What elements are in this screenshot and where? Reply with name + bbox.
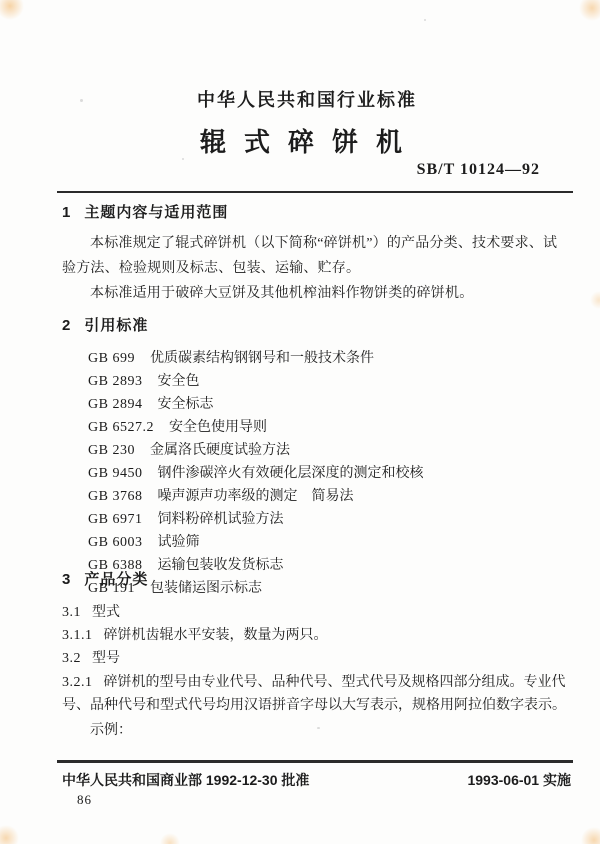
- reference-title: 安全标志: [157, 397, 213, 412]
- reference-title: 噪声源声功率级的测定 简易法: [157, 489, 353, 504]
- scan-speck: [424, 19, 426, 21]
- reference-title: 优质碳素结构钢钢号和一般技术条件: [150, 351, 374, 366]
- section1-paragraphs: 本标准规定了辊式碎饼机（以下简称“碎饼机”）的产品分类、技术要求、试验方法、检验…: [57, 231, 573, 306]
- reference-item: GB 6003试验筛: [88, 531, 573, 554]
- reference-item: GB 230金属洛氏硬度试验方法: [88, 439, 573, 462]
- section-references: 2引用标准 GB 699优质碳素结构钢钢号和一般技术条件 GB 2893安全色 …: [57, 314, 573, 600]
- reference-code: GB 2893: [88, 370, 142, 393]
- clause-number: 3.2.1: [62, 671, 93, 694]
- reference-item: GB 2894安全标志: [88, 393, 573, 416]
- section3-heading: 3产品分类: [62, 568, 573, 589]
- clause-item: 3.2型号: [62, 648, 573, 670]
- clause-item: 3.1.1碎饼机齿辊水平安装，数量为两只。: [62, 625, 573, 647]
- reference-code: GB 699: [88, 347, 135, 370]
- reference-title: 试验筛: [157, 535, 199, 550]
- reference-title: 钢件渗碳淬火有效硬化层深度的测定和校核: [157, 466, 423, 481]
- reference-item: GB 699优质碳素结构钢钢号和一般技术条件: [88, 347, 573, 370]
- clause-item: 3.1型式: [62, 602, 573, 624]
- reference-code: GB 6003: [88, 531, 142, 554]
- implementation-text: 1993-06-01 实施: [467, 770, 571, 790]
- section2-number: 2: [62, 317, 71, 334]
- reference-title: 饲料粉碎机试验方法: [157, 512, 283, 527]
- footer-rule: [57, 760, 573, 763]
- section3-number: 3: [62, 571, 71, 588]
- section1-heading: 1主题内容与适用范围: [62, 201, 573, 222]
- section-classification: 3产品分类 3.1型式 3.1.1碎饼机齿辊水平安装，数量为两只。 3.2型号 …: [57, 568, 573, 742]
- section-scope: 1主题内容与适用范围 本标准规定了辊式碎饼机（以下简称“碎饼机”）的产品分类、技…: [57, 201, 573, 306]
- scanned-standard-page: 中华人民共和国行业标准 辊式碎饼机 SB/T 10124—92 1主题内容与适用…: [0, 0, 600, 844]
- standard-number: SB/T 10124—92: [57, 161, 573, 179]
- clause-item: 3.2.1碎饼机的型号由专业代号、品种代号、型式代号及规格四部分组成。专业代号、…: [62, 671, 570, 717]
- footer: 中华人民共和国商业部 1992-12-30 批准 1993-06-01 实施: [57, 770, 573, 790]
- document-title: 辊式碎饼机: [43, 122, 559, 159]
- reference-code: GB 2894: [88, 393, 142, 416]
- section2-heading: 2引用标准: [62, 314, 573, 335]
- example-label: 示例：: [90, 720, 573, 742]
- reference-code: GB 3768: [88, 485, 142, 508]
- page-number: 86: [77, 792, 92, 808]
- reference-code: GB 6527.2: [88, 416, 154, 439]
- standard-org-line: 中华人民共和国行业标准: [49, 86, 565, 112]
- reference-code: GB 6971: [88, 508, 142, 531]
- reference-title: 安全色使用导则: [169, 420, 267, 435]
- clause-number: 3.1: [62, 602, 81, 624]
- clause-number: 3.2: [62, 648, 81, 670]
- section2-title: 引用标准: [84, 317, 148, 334]
- reference-item: GB 6971饲料粉碎机试验方法: [88, 508, 573, 531]
- reference-title: 安全色: [157, 374, 199, 389]
- classification-items: 3.1型式 3.1.1碎饼机齿辊水平安装，数量为两只。 3.2型号 3.2.1碎…: [62, 602, 573, 742]
- scope-paragraph-2: 本标准适用于破碎大豆饼及其他机榨油料作物饼类的碎饼机。: [62, 281, 568, 306]
- header-rule: [57, 191, 573, 193]
- reference-item: GB 2893安全色: [88, 370, 573, 393]
- reference-item: GB 9450钢件渗碳淬火有效硬化层深度的测定和校核: [88, 462, 573, 485]
- clause-text: 碎饼机齿辊水平安装，数量为两只。: [104, 628, 328, 643]
- reference-code: GB 230: [88, 439, 135, 462]
- section3-title: 产品分类: [84, 571, 148, 588]
- clause-text: 型式: [92, 605, 120, 620]
- clause-number: 3.1.1: [62, 625, 93, 647]
- scope-paragraph-1: 本标准规定了辊式碎饼机（以下简称“碎饼机”）的产品分类、技术要求、试验方法、检验…: [62, 231, 568, 281]
- clause-text: 碎饼机的型号由专业代号、品种代号、型式代号及规格四部分组成。专业代号、品种代号和…: [62, 675, 566, 713]
- clause-text: 型号: [92, 651, 120, 666]
- reference-item: GB 3768噪声源声功率级的测定 简易法: [88, 485, 573, 508]
- reference-code: GB 9450: [88, 462, 142, 485]
- section1-title: 主题内容与适用范围: [84, 204, 228, 221]
- reference-title: 金属洛氏硬度试验方法: [150, 443, 290, 458]
- reference-item: GB 6527.2安全色使用导则: [88, 416, 573, 439]
- section1-number: 1: [62, 204, 71, 221]
- reference-list: GB 699优质碳素结构钢钢号和一般技术条件 GB 2893安全色 GB 289…: [88, 347, 573, 600]
- approval-text: 中华人民共和国商业部 1992-12-30 批准: [62, 770, 309, 790]
